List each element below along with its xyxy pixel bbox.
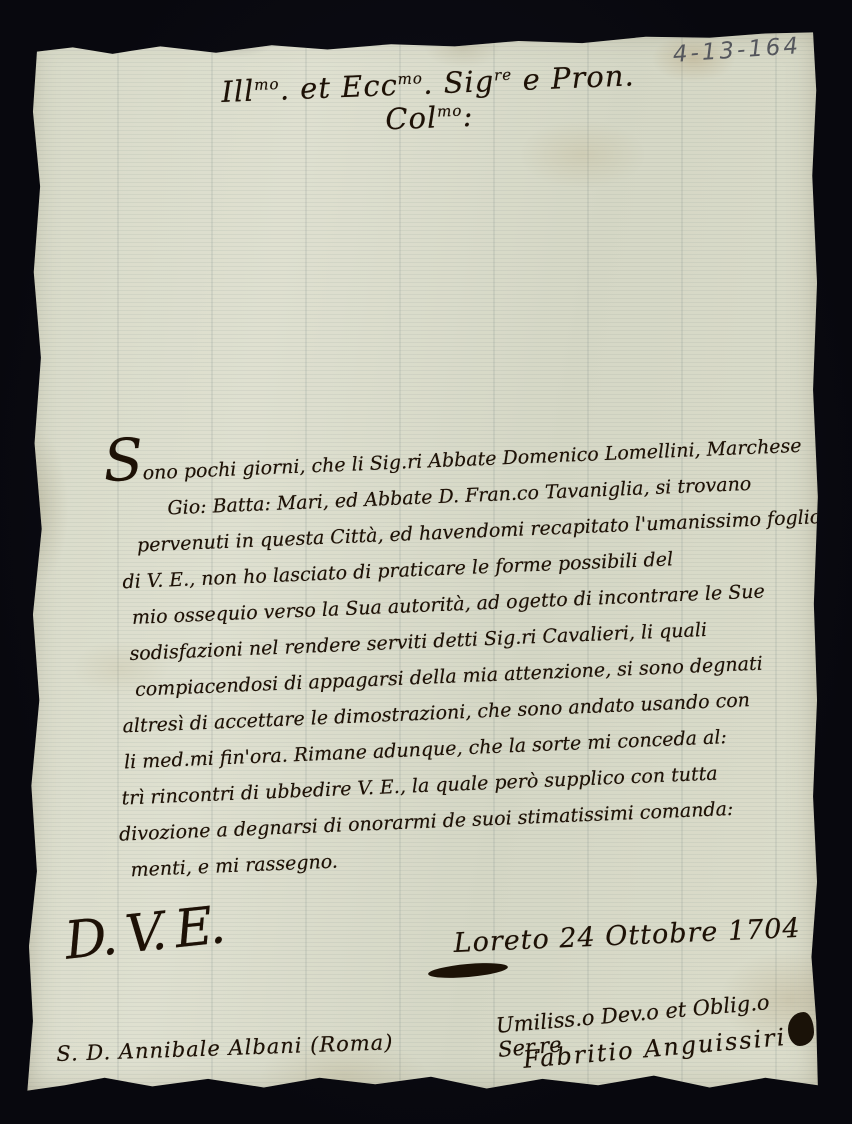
letter-paper: 4-13-164 Illmo. et Eccmo. Sigre e Pron. … — [25, 26, 821, 1096]
salutation-line: Illmo. et Eccmo. Sigre e Pron. Colmo: — [195, 57, 662, 144]
dateline: Loreto 24 Ottobre 1704 – — [453, 912, 823, 990]
ink-blot — [788, 1012, 814, 1046]
addressee-note: S. D. Annibale Albani (Roma) — [56, 1030, 394, 1066]
letter-body: Sono pochi giorni, che li Sig.ri Abbate … — [103, 420, 837, 889]
valediction-initials: D. V. E. — [62, 896, 224, 972]
salutation-superscript: mo — [397, 69, 423, 88]
salutation-superscript: mo — [254, 75, 280, 94]
salutation-superscript: mo — [437, 102, 463, 121]
archival-number: 4-13-164 — [672, 33, 802, 68]
photograph-background: 4-13-164 Illmo. et Eccmo. Sigre e Pron. … — [0, 0, 852, 1124]
salutation-superscript: re — [494, 66, 513, 85]
